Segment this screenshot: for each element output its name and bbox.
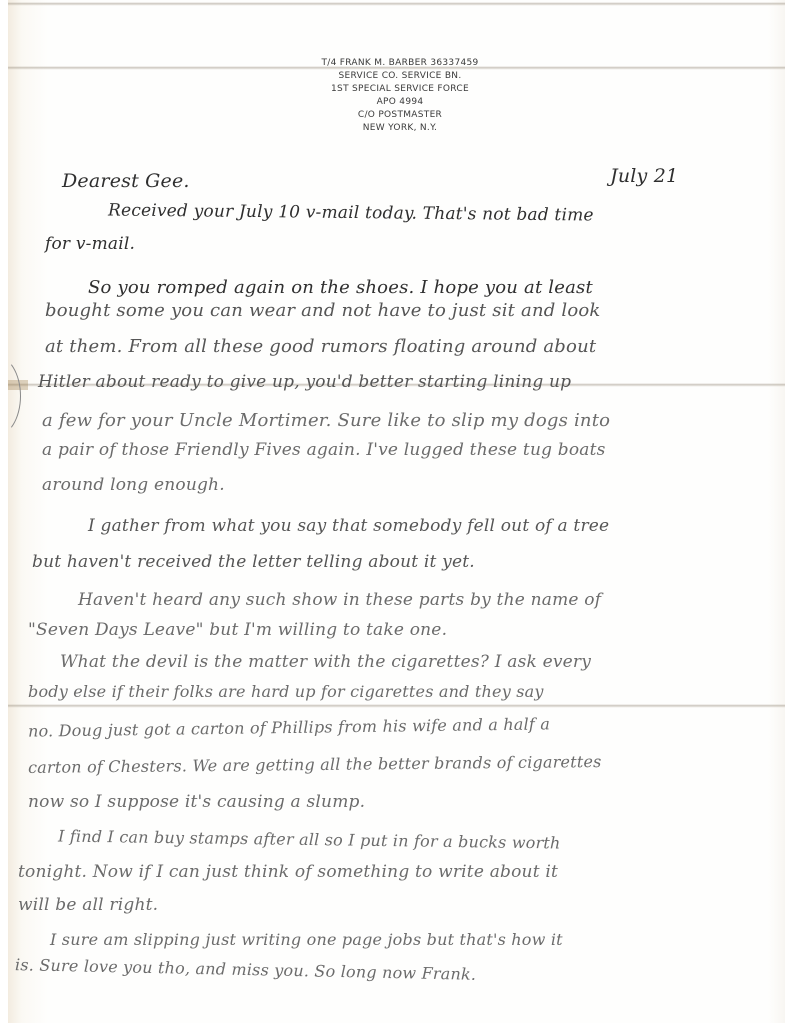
letterhead-apo: APO 4994	[280, 96, 520, 109]
letter-line: bought some you can wear and not have to…	[45, 300, 601, 321]
letter-line: "Seven Days Leave" but I'm willing to ta…	[28, 620, 447, 640]
letterhead-unit: Service Co. Service Bn.	[280, 70, 520, 83]
letter-line: a pair of those Friendly Fives again. I'…	[42, 440, 606, 460]
letterhead-sender: T/4 Frank M. Barber 36337459	[280, 57, 520, 70]
letter-line: for v-mail.	[45, 234, 135, 254]
fold-line	[8, 704, 785, 708]
salutation: Dearest Gee.	[62, 170, 190, 192]
letterhead: T/4 Frank M. Barber 36337459 Service Co.…	[280, 57, 520, 135]
letter-line: What the devil is the matter with the ci…	[60, 652, 591, 672]
letter-line: Hitler about ready to give up, you'd bet…	[38, 372, 571, 392]
letter-line: Haven't heard any such show in these par…	[78, 590, 601, 610]
letterhead-force: 1st Special Service Force	[280, 83, 520, 96]
letter-line: So you romped again on the shoes. I hope…	[88, 277, 593, 298]
letter-line: body else if their folks are hard up for…	[28, 682, 544, 701]
letter-line: I sure am slipping just writing one page…	[50, 930, 563, 949]
scan-margin	[0, 0, 8, 1023]
letter-line: will be all right.	[18, 895, 158, 915]
fold-line	[8, 2, 785, 6]
letter-line: now so I suppose it's causing a slump.	[28, 792, 365, 812]
letterhead-city: New York, N.Y.	[280, 122, 520, 135]
letterhead-postmaster: C/O Postmaster	[280, 109, 520, 122]
letter-date: July 21	[610, 165, 678, 187]
letter-line: at them. From all these good rumors floa…	[45, 336, 596, 357]
letter-line: tonight. Now if I can just think of some…	[18, 862, 558, 882]
letter-line: I gather from what you say that somebody…	[88, 516, 609, 536]
letter-line: around long enough.	[42, 475, 225, 495]
letter-line: a few for your Uncle Mortimer. Sure like…	[42, 410, 610, 431]
letter-line: but haven't received the letter telling …	[32, 552, 475, 572]
